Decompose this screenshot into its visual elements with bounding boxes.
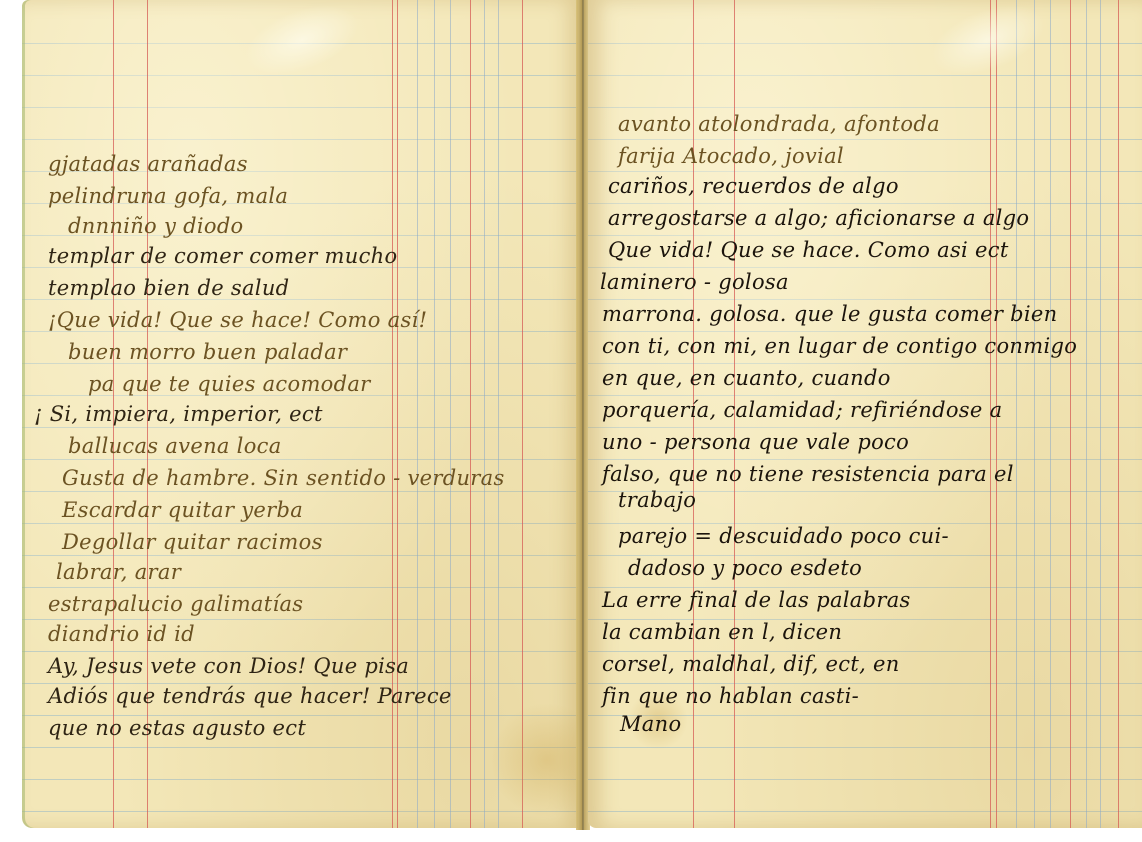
handwritten-line: Mano: [620, 710, 681, 738]
handwritten-line: avanto atolondrada, afontoda: [618, 110, 940, 138]
handwritten-line: con ti, con mi, en lugar de contigo conm…: [602, 332, 1077, 360]
handwritten-line: gjatadas arañadas: [48, 150, 248, 178]
handwritten-line: falso, que no tiene resistencia para el: [602, 460, 1014, 488]
handwritten-line: dadoso y poco esdeto: [628, 554, 862, 582]
handwritten-line: que no estas agusto ect: [48, 714, 306, 742]
handwritten-line: en que, en cuanto, cuando: [602, 364, 891, 392]
handwritten-line: farija Atocado, jovial: [618, 142, 844, 170]
handwritten-line: fin que no hablan casti-: [602, 682, 859, 710]
handwritten-line: cariños, recuerdos de algo: [608, 172, 899, 200]
paper-emboss: [235, 0, 368, 89]
handwritten-line: templao bien de salud: [48, 274, 289, 302]
handwritten-line: estrapalucio galimatías: [48, 590, 303, 618]
handwritten-line: Escardar quitar yerba: [62, 496, 303, 524]
column-rule: [1034, 0, 1035, 828]
column-rule: [484, 0, 485, 828]
paper-stain: [492, 700, 578, 820]
handwritten-line: pelindruna gofa, mala: [48, 182, 288, 210]
handwritten-line: la cambian en l, dicen: [602, 618, 842, 646]
handwritten-line: parejo = descuidado poco cui-: [618, 522, 949, 550]
handwritten-line: porquería, calamidad; refiriéndose a: [602, 396, 1002, 424]
column-rule: [470, 0, 471, 828]
handwritten-line: trabajo: [618, 486, 696, 514]
handwritten-line: labrar, arar: [56, 558, 181, 586]
handwritten-line: uno - persona que vale poco: [602, 428, 909, 456]
column-rule: [498, 0, 499, 828]
handwritten-line: Que vida! Que se hace. Como asi ect: [608, 236, 1009, 264]
handwritten-line: diandrio id id: [48, 620, 195, 648]
handwritten-line: templar de comer comer mucho: [48, 242, 397, 270]
handwritten-line: marrona. golosa. que le gusta comer bien: [602, 300, 1057, 328]
handwritten-line: pa que te quies acomodar: [88, 370, 371, 398]
handwritten-line: ¡ Si, impiera, imperior, ect: [34, 400, 323, 428]
handwritten-line: ¡Que vida! Que se hace! Como así!: [48, 306, 427, 334]
right-notebook-page: avanto atolondrada, afontoda farija Atoc…: [588, 0, 1142, 828]
handwritten-line: arregostarse a algo; aficionarse a algo: [608, 204, 1029, 232]
column-rule: [1050, 0, 1051, 828]
column-rule: [1016, 0, 1017, 828]
handwritten-line: Degollar quitar racimos: [62, 528, 323, 556]
column-rule: [1100, 0, 1101, 828]
left-notebook-page: gjatadas arañadas pelindruna gofa, mala …: [22, 0, 578, 828]
column-rule: [1118, 0, 1119, 828]
column-rule: [1086, 0, 1087, 828]
column-rule: [1070, 0, 1071, 828]
handwritten-line: dnnniño y diodo: [68, 212, 244, 240]
handwritten-line: Gusta de hambre. Sin sentido - verduras: [62, 464, 505, 492]
handwritten-line: laminero - golosa: [600, 268, 789, 296]
handwritten-line: Ay, Jesus vete con Dios! Que pisa: [48, 652, 409, 680]
handwritten-line: ballucas avena loca: [68, 432, 282, 460]
handwritten-line: buen morro buen paladar: [68, 338, 347, 366]
handwritten-line: Adiós que tendrás que hacer! Parece: [48, 682, 452, 710]
handwritten-line: La erre final de las palabras: [602, 586, 911, 614]
handwritten-line: corsel, maldhal, dif, ect, en: [602, 650, 900, 678]
column-rule: [522, 0, 523, 828]
